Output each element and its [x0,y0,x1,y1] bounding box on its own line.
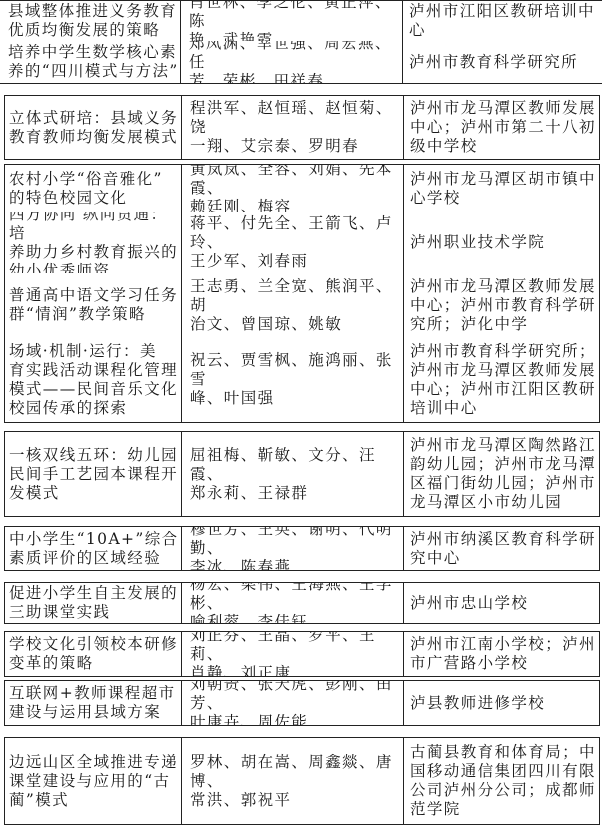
project-organization: 泸州市龙马潭区教师发展 中心；泸州市第二十八初 级中学校 [404,96,599,159]
project-authors: 程洪军、赵恒瑶、赵恒菊、饶 一翔、艾宗泰、罗明春 [182,96,404,159]
project-organization: 泸州市教育科学研究所； 泸州市龙马潭区教师发展 中心；泸州市江阳区教研 培训中心 [404,337,599,422]
project-authors: 杨宏、梁伟、王海燕、王学彬、 喻利蓉、李佳钰 [182,583,404,623]
project-authors: 罗林、胡在嵩、周鑫燚、唐博、 常洪、郭祝平 [182,738,404,824]
project-organization: 泸州市龙马潭区胡市镇中 心学校 [404,165,599,212]
project-title: 中小学生“10A+”综合 素质评价的区域经验 [5,527,182,570]
table-row: 边远山区全域推进专递 课堂建设与应用的“古 蔺”模式 罗林、胡在嵩、周鑫燚、唐博… [4,737,600,825]
project-organization: 泸州市江南小学校；泸州 市广营路小学校 [404,632,599,676]
project-title: 场域·机制·运行：美 育实践活动课程化管理 模式——民间音乐文化 校园传承的探索 [5,337,182,422]
project-title: 农村小学“俗音雅化” 的特色校园文化 [5,165,182,212]
project-title: 促进小学生自主发展的 三助课堂实践 [5,583,182,623]
table-row: 县域整体推进义务教育 优质均衡发展的策略 肖世林、李芝伦、黄正萍、陈 艳、武艳霞… [0,0,602,42]
project-organization: 泸州职业技术学院 [404,212,599,273]
project-organization: 泸州市龙马潭区教师发展 中心；泸州市教育科学研 究所；泸化中学 [404,273,599,337]
project-title: 四方协同 纵向贯通：培 养助力乡村教育振兴的 幼小优秀师资 [5,212,182,273]
table-row: 互联网+教师课程超市 建设与运用县域方案 刘朝贵、张天虎、彭刚、田芳、 叶康卉、… [4,680,600,726]
project-organization: 泸州市江阳区教研培训中 心 [403,1,602,41]
project-title: 一核双线五环：幼儿园 民间手工艺园本课程开 发模式 [5,432,182,516]
table-row: 促进小学生自主发展的 三助课堂实践 杨宏、梁伟、王海燕、王学彬、 喻利蓉、李佳钰… [4,582,600,624]
table-row: 四方协同 纵向贯通：培 养助力乡村教育振兴的 幼小优秀师资 蒋平、付先全、王箭飞… [4,212,600,274]
table-row: 学校文化引领校本研修 变革的策略 刘正芬、王晶、罗平、王莉、 肖静、刘正康 泸州… [4,631,600,677]
project-authors: 祝云、贾雪枫、施鸿丽、张雪 峰、叶国强 [182,337,404,422]
table-row: 立体式研培：县域义务 教育教师均衡发展模式 程洪军、赵恒瑶、赵恒菊、饶 一翔、艾… [4,95,600,160]
project-organization: 泸州市忠山学校 [404,583,599,623]
project-organization: 泸州市教育科学研究所 [403,41,602,83]
project-organization: 泸州市纳溪区教育科学研 究中心 [404,527,599,570]
table-row: 场域·机制·运行：美 育实践活动课程化管理 模式——民间音乐文化 校园传承的探索… [4,337,600,423]
table-row: 中小学生“10A+”综合 素质评价的区域经验 穆世芳、王英、谢明、代明勤、 李冰… [4,526,600,571]
award-table: 县域整体推进义务教育 优质均衡发展的策略 肖世林、李芝伦、黄正萍、陈 艳、武艳霞… [0,0,602,826]
project-authors: 黄岚岚、全容、刘娟、先本霞、 赖廷刚、梅容 [182,165,404,212]
project-organization: 泸县教师进修学校 [404,681,599,725]
table-row: 培养中学生数学核心素 养的“四川模式与方法” 郑凤渊、幸世强、周宏燕、任 芳、荣… [0,41,602,84]
project-authors: 穆世芳、王英、谢明、代明勤、 李冰、陈春燕 [182,527,404,570]
table-row: 一核双线五环：幼儿园 民间手工艺园本课程开 发模式 屈祖梅、靳敏、文分、汪霞、 … [4,431,600,517]
project-authors: 刘正芬、王晶、罗平、王莉、 肖静、刘正康 [182,632,404,676]
project-title: 立体式研培：县域义务 教育教师均衡发展模式 [5,96,182,159]
project-title: 培养中学生数学核心素 养的“四川模式与方法” [0,41,181,83]
table-row: 普通高中语文学习任务 群“情润”教学策略 王志勇、兰全宽、熊润平、胡 治文、曾国… [4,273,600,338]
project-authors: 蒋平、付先全、王箭飞、卢玲、 王少军、刘春雨 [182,212,404,273]
project-title: 互联网+教师课程超市 建设与运用县域方案 [5,681,182,725]
table-row: 农村小学“俗音雅化” 的特色校园文化 黄岚岚、全容、刘娟、先本霞、 赖廷刚、梅容… [4,164,600,213]
project-title: 边远山区全域推进专递 课堂建设与应用的“古 蔺”模式 [5,738,182,824]
project-title: 学校文化引领校本研修 变革的策略 [5,632,182,676]
project-title: 县域整体推进义务教育 优质均衡发展的策略 [0,1,181,41]
project-title: 普通高中语文学习任务 群“情润”教学策略 [5,273,182,337]
project-authors: 肖世林、李芝伦、黄正萍、陈 艳、武艳霞 [181,1,403,41]
project-authors: 刘朝贵、张天虎、彭刚、田芳、 叶康卉、周佐能 [182,681,404,725]
project-authors: 屈祖梅、靳敏、文分、汪霞、 郑永莉、王禄群 [182,432,404,516]
project-organization: 泸州市龙马潭区陶然路江 韵幼儿园；泸州市龙马潭 区福门街幼儿园；泸州市 龙马潭区… [404,432,599,516]
project-authors: 郑凤渊、幸世强、周宏燕、任 芳、荣彬、田祥春 [181,41,403,83]
project-authors: 王志勇、兰全宽、熊润平、胡 治文、曾国琼、姚敏 [182,273,404,337]
project-organization: 古蔺县教育和体育局；中 国移动通信集团四川有限 公司泸州分公司；成都师 范学院 [404,738,599,824]
